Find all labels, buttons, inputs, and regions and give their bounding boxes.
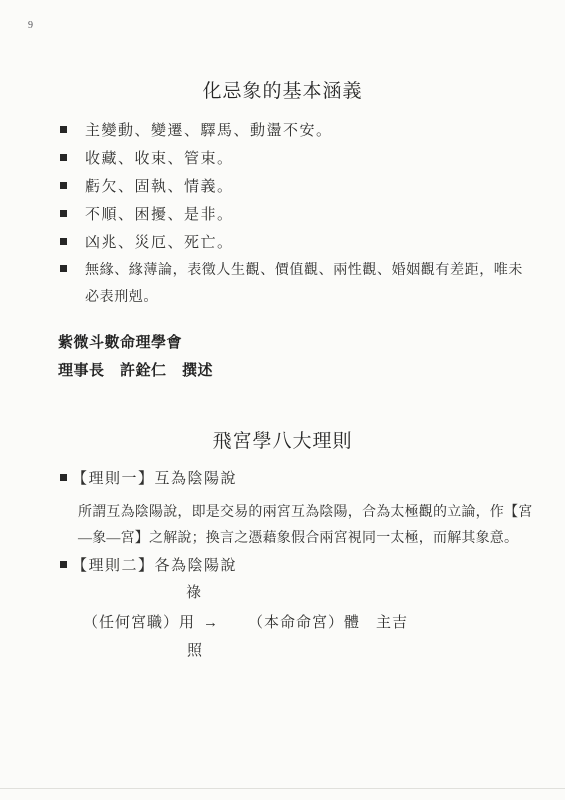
diagram-left-label: （任何宮職）用 (83, 615, 195, 631)
bullet-text: 無緣、緣薄論，表徵人生觀、價值觀、兩性觀、婚姻觀有差距，唯未 (85, 263, 523, 278)
bullet-item: 凶兆、災厄、死亡。 (60, 234, 234, 252)
bullet-square-icon (60, 265, 67, 272)
rule2-heading: 【理則二】各為陰陽說 (72, 558, 237, 574)
author-line: 理事長 許銓仁 撰述 (58, 359, 213, 380)
rule1-heading: 【理則一】互為陰陽說 (72, 471, 237, 487)
bullet-square-icon (60, 561, 67, 568)
bullet-square-icon (60, 210, 67, 217)
diagram-bottom-label: 照 (187, 639, 203, 660)
section2-title: 飛宮學八大理則 (0, 426, 565, 453)
bullet-text: 收藏、收束、管束。 (85, 151, 234, 167)
bullet-item: 收藏、收束、管束。 (60, 150, 234, 168)
bullet-square-icon (60, 182, 67, 189)
bullet-text: 凶兆、災厄、死亡。 (85, 235, 234, 251)
bullet-text: 虧欠、固執、情義。 (85, 179, 234, 195)
page-bottom-edge (0, 788, 565, 789)
organization-line: 紫微斗數命理學會 (58, 331, 182, 352)
diagram-top-label: 祿 (186, 581, 202, 602)
rule2-heading-item: 【理則二】各為陰陽說 (60, 557, 237, 575)
diagram-row: （任何宮職）用→（本命命宮）體 主吉 (83, 611, 408, 632)
page-number: 9 (28, 20, 33, 31)
rule1-heading-item: 【理則一】互為陰陽說 (60, 470, 237, 488)
bullet-item: 不順、困擾、是非。 (60, 206, 234, 224)
bullet-item: 主變動、變遷、驛馬、動盪不安。 (60, 122, 333, 140)
bullet-square-icon (60, 154, 67, 161)
bullet-text-continuation: 必表刑剋。 (85, 289, 158, 307)
bullet-text: 主變動、變遷、驛馬、動盪不安。 (85, 123, 333, 139)
bullet-item: 無緣、緣薄論，表徵人生觀、價值觀、兩性觀、婚姻觀有差距，唯未 (60, 262, 523, 280)
right-arrow-icon: → (203, 615, 218, 631)
bullet-square-icon (60, 238, 67, 245)
bullet-square-icon (60, 474, 67, 481)
bullet-text: 不順、困擾、是非。 (85, 207, 234, 223)
diagram-right-label: （本命命宮）體 主吉 (248, 615, 408, 631)
rule1-body-line: —象—宮】之解說；換言之憑藉象假合兩宮視同一太極，而解其象意。 (78, 527, 518, 547)
bullet-item: 虧欠、固執、情義。 (60, 178, 234, 196)
section1-title: 化忌象的基本涵義 (0, 76, 565, 103)
bullet-square-icon (60, 126, 67, 133)
scanned-document-page: 9 化忌象的基本涵義 主變動、變遷、驛馬、動盪不安。 收藏、收束、管束。 虧欠、… (0, 0, 565, 800)
rule1-body-line: 所謂互為陰陽說，即是交易的兩宮互為陰陽，合為太極觀的立論，作【宮 (78, 501, 532, 521)
